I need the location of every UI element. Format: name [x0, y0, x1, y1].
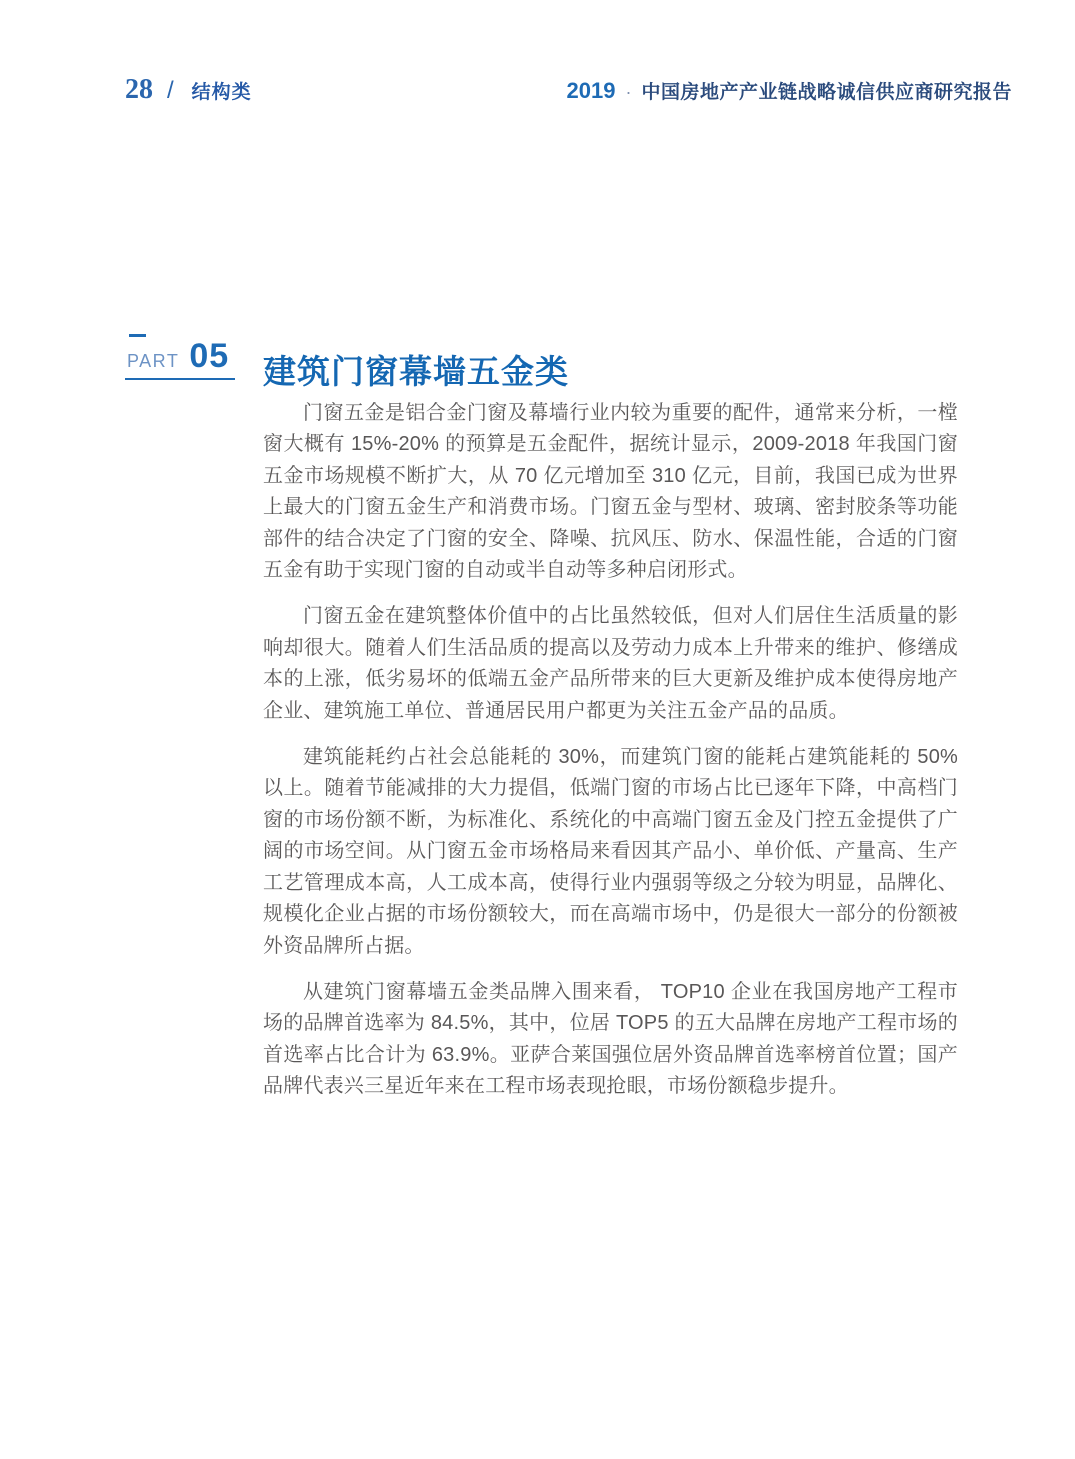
chapter-title: 建筑门窗幕墙五金类 [263, 352, 569, 392]
paragraph-1: 门窗五金是铝合金门窗及幕墙行业内较为重要的配件，通常来分析，一樘窗大概有 15%… [263, 398, 958, 586]
section-name: 结构类 [192, 77, 252, 104]
paragraph-4: 从建筑门窗幕墙五金类品牌入围来看， TOP10 企业在我国房地产工程市场的品牌首… [263, 977, 958, 1103]
paragraph-2: 门窗五金在建筑整体价值中的占比虽然较低，但对人们居住生活质量的影响却很大。随着人… [263, 601, 958, 727]
page-header: 28 / 结构类 2019 · 中国房地产产业链战略诚信供应商研究报告 [125, 76, 1012, 104]
header-dot-separator: · [625, 83, 631, 101]
header-right: 2019 · 中国房地产产业链战略诚信供应商研究报告 [567, 77, 1012, 104]
part-row: PART 05 [125, 337, 235, 380]
page-number: 28 [125, 76, 153, 104]
report-title: 中国房地产产业链战略诚信供应商研究报告 [641, 77, 1012, 104]
header-separator: / [167, 79, 174, 103]
part-number: 05 [189, 341, 229, 372]
paragraph-3: 建筑能耗约占社会总能耗的 30%，而建筑门窗的能耗占建筑能耗的 50% 以上。随… [263, 742, 958, 962]
report-page: { "page": { "header": { "page_number": "… [0, 0, 1075, 1459]
header-left: 28 / 结构类 [125, 76, 252, 104]
body-content: 门窗五金是铝合金门窗及幕墙行业内较为重要的配件，通常来分析，一樘窗大概有 15%… [263, 398, 958, 1118]
report-year: 2019 [567, 80, 616, 102]
part-label: PART [127, 352, 179, 370]
part-marker: PART 05 [125, 334, 235, 380]
